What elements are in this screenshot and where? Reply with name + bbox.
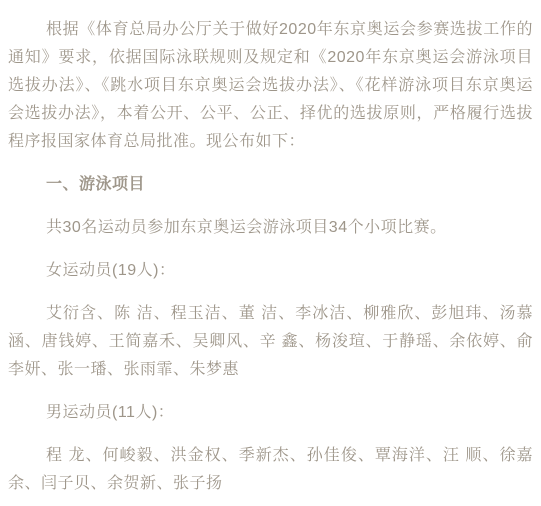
female-athletes-label: 女运动员(19人)： — [8, 257, 533, 285]
document-page: 根据《体育总局办公厅关于做好2020年东京奥运会参赛选拔工作的通知》要求，依据国… — [0, 0, 541, 506]
section-heading-swimming: 一、游泳项目 — [8, 171, 533, 199]
female-athletes-names: 艾衍含、陈 洁、程玉洁、董 洁、李冰洁、柳雅欣、彭旭玮、汤慕涵、唐钱婷、王简嘉禾… — [8, 300, 533, 384]
intro-paragraph: 根据《体育总局办公厅关于做好2020年东京奥运会参赛选拔工作的通知》要求，依据国… — [8, 16, 533, 156]
athlete-count-paragraph: 共30名运动员参加东京奥运会游泳项目34个小项比赛。 — [8, 214, 533, 242]
male-athletes-names: 程 龙、何峻毅、洪金权、季新杰、孙佳俊、覃海洋、汪 顺、徐嘉余、闫子贝、余贺新、… — [8, 442, 533, 498]
male-athletes-label: 男运动员(11人)： — [8, 399, 533, 427]
